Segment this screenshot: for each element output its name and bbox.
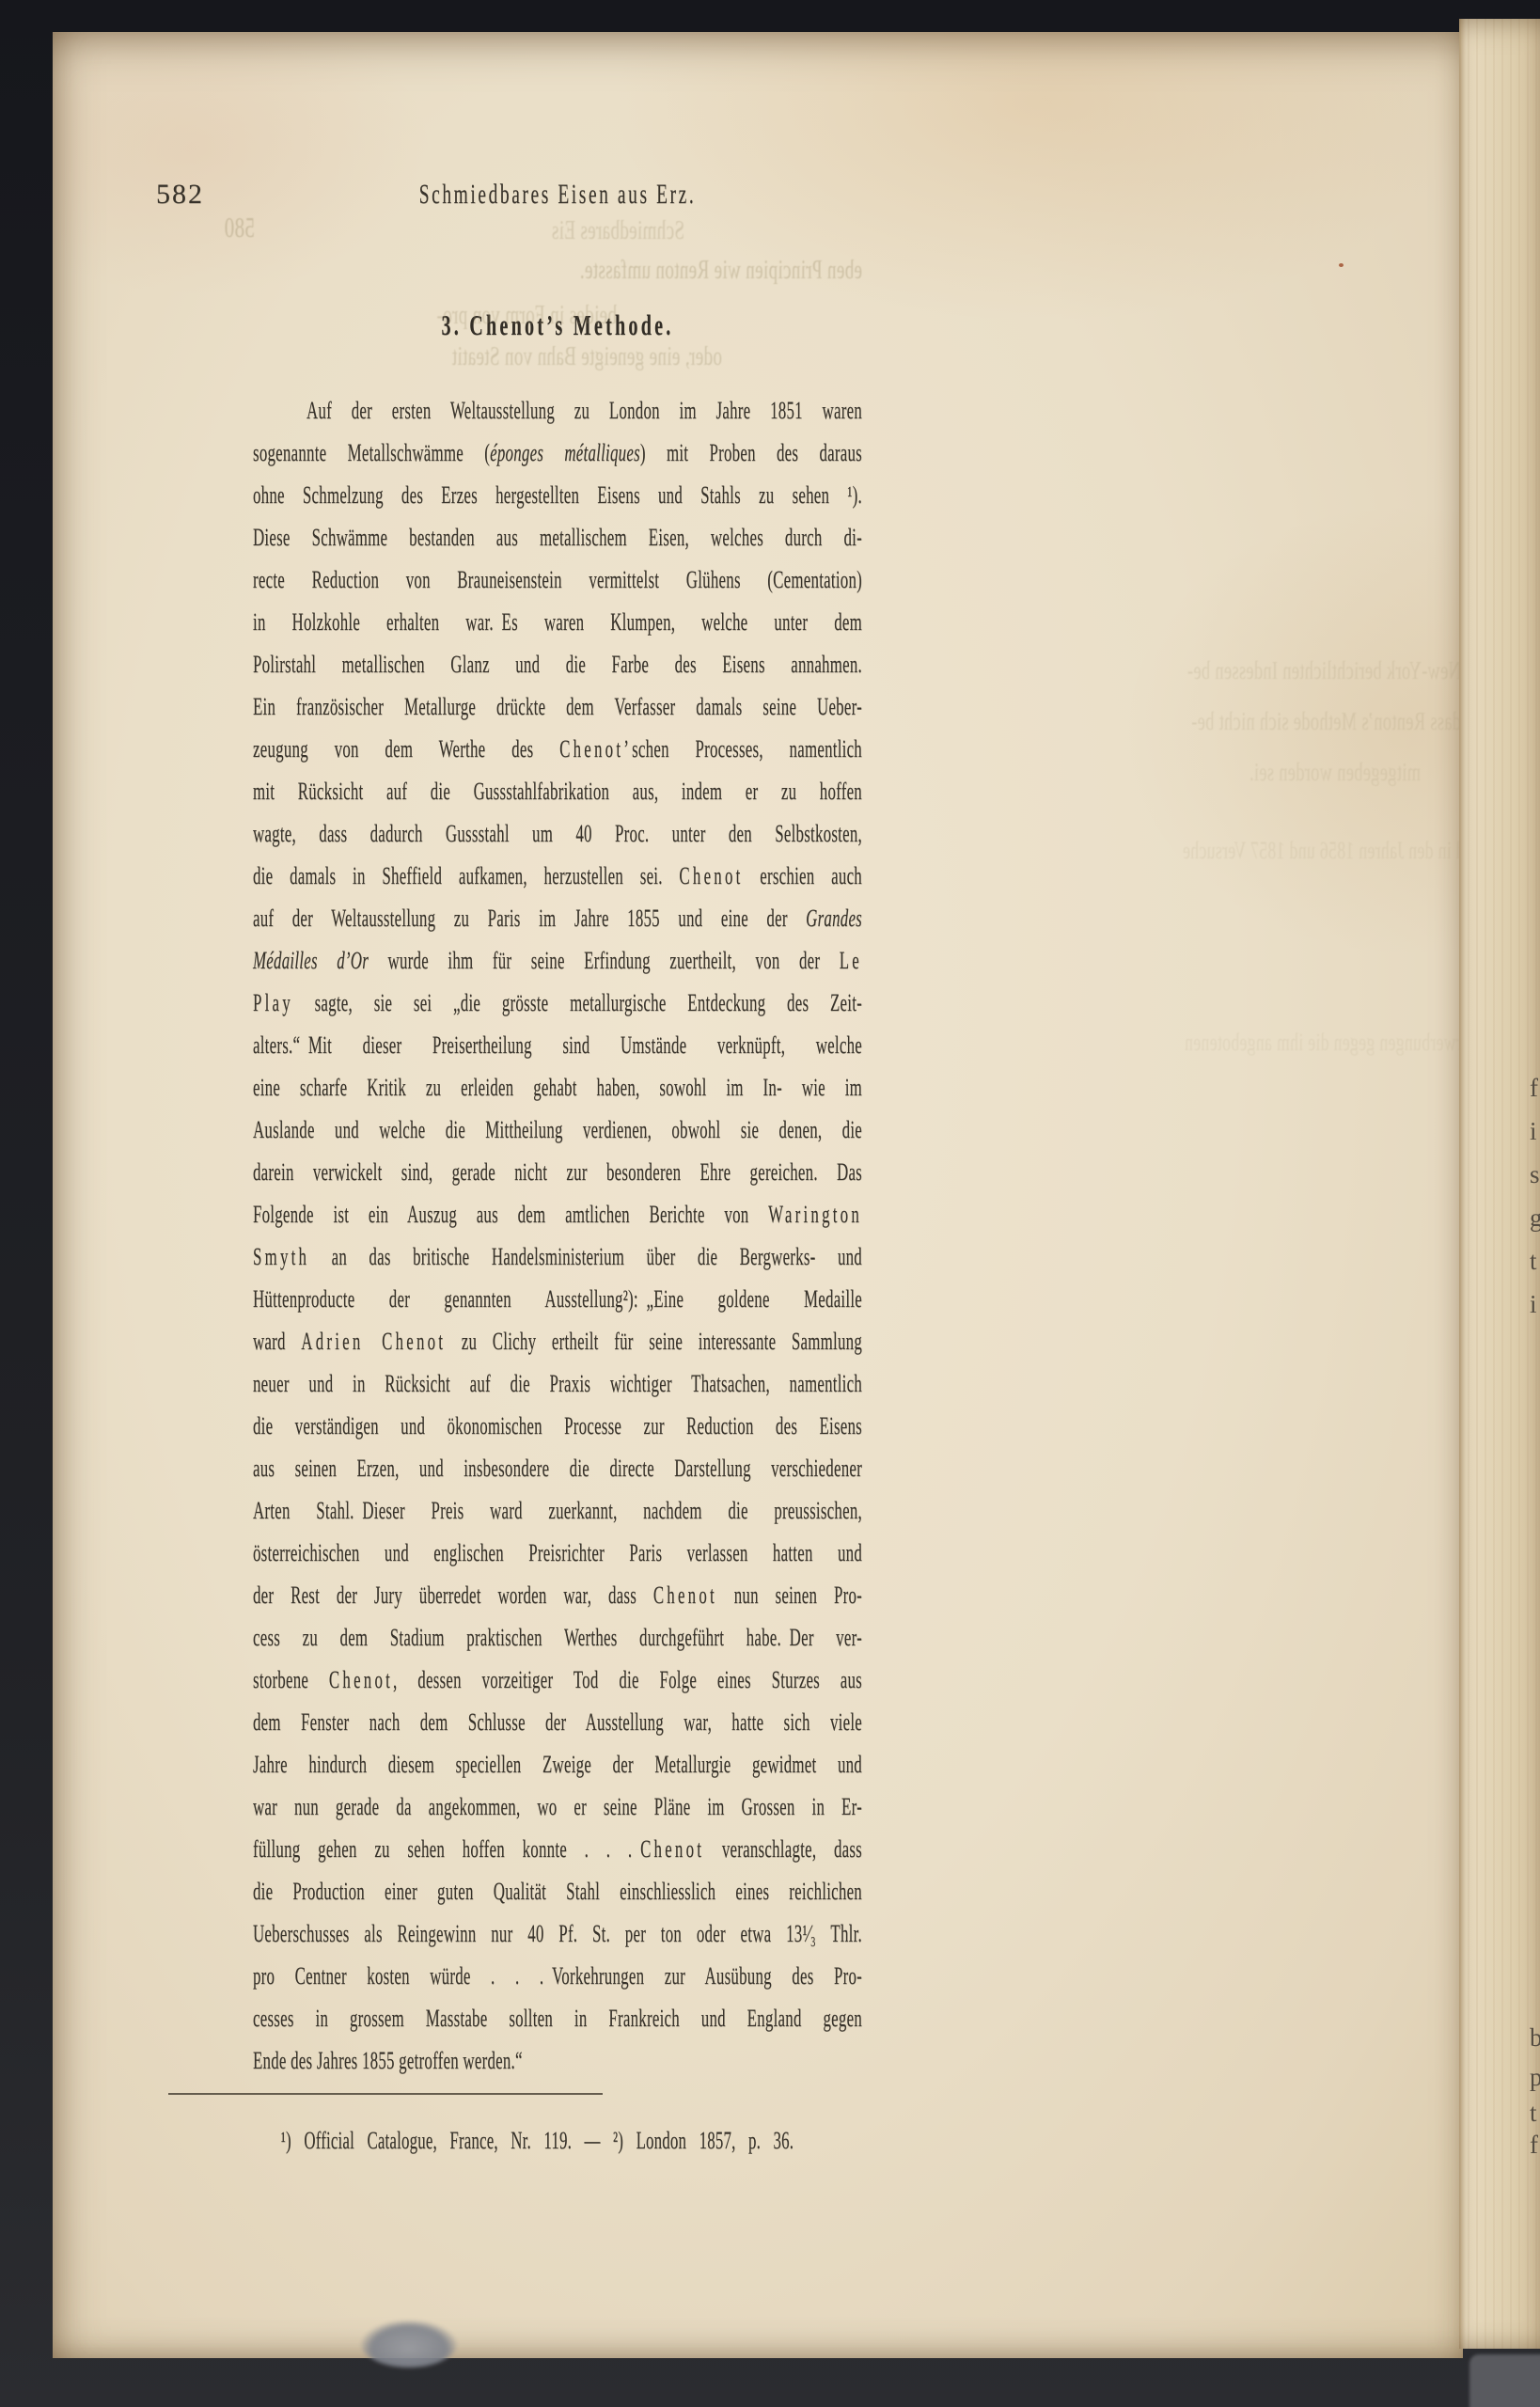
body-line: Polirstahl metallischen Glanz und die Fa… bbox=[253, 643, 862, 685]
body-line: alters.“ Mit dieser Preisertheilung sind… bbox=[253, 1024, 862, 1066]
ghost-bleedthrough-text: Schmiedbares Eis bbox=[552, 216, 684, 246]
footnote-rule bbox=[168, 2093, 603, 2095]
body-line: mit Rücksicht auf die Gussstahlfabrikati… bbox=[253, 770, 862, 812]
facing-page-letter-fragment: t bbox=[1530, 1247, 1540, 1276]
ghost-bleedthrough-text: und in den Jahren 1856 und 1857 Versuche bbox=[1183, 837, 1482, 865]
body-line: der Rest der Jury überredet worden war, … bbox=[253, 1574, 862, 1616]
body-line: aus seinen Erzen, und insbesondere die d… bbox=[253, 1447, 862, 1489]
body-line: die Production einer guten Qualität Stah… bbox=[253, 1870, 862, 1912]
body-line: Ueberschusses als Reingewinn nur 40 Pf. … bbox=[253, 1912, 862, 1955]
body-line: neuer und in Rücksicht auf die Praxis wi… bbox=[253, 1362, 862, 1405]
body-line: in Holzkohle erhalten war. Es waren Klum… bbox=[253, 601, 862, 643]
facing-page-letter-fragment: b bbox=[1530, 2023, 1540, 2053]
paper-speck bbox=[1339, 263, 1344, 267]
body-line: Diese Schwämme bestanden aus metallische… bbox=[253, 516, 862, 558]
body-line: Folgende ist ein Auszug aus dem amtliche… bbox=[253, 1193, 862, 1235]
bottom-right-corner-shade bbox=[1469, 2354, 1540, 2407]
body-line: Arten Stahl. Dieser Preis ward zuerkannt… bbox=[253, 1489, 862, 1532]
body-line: eine scharfe Kritik zu erleiden gehabt h… bbox=[253, 1066, 862, 1109]
facing-page-letter-fragment: f bbox=[1530, 1074, 1540, 1103]
ghost-bleedthrough-text: oder, eine geneigte Bahn von Steatit bbox=[452, 342, 722, 372]
body-line: Ende des Jahres 1855 getroffen werden.“ bbox=[253, 2039, 862, 2082]
body-line: füllung gehen zu sehen hoffen konnte . .… bbox=[253, 1828, 862, 1870]
facing-page-letter-fragment: s bbox=[1530, 1160, 1540, 1189]
fore-edge-page-stack bbox=[1459, 19, 1540, 2349]
body-line: auf der Weltausstellung zu Paris im Jahr… bbox=[253, 897, 862, 939]
body-line: Jahre hindurch diesem speciellen Zweige … bbox=[253, 1743, 862, 1786]
page-number: 582 bbox=[156, 179, 204, 211]
body-line: die damals in Sheffield aufkamen, herzus… bbox=[253, 855, 862, 897]
body-line: pro Centner kosten würde . . . Vorkehrun… bbox=[253, 1955, 862, 1997]
body-line: Auf der ersten Weltausstellung zu London… bbox=[253, 389, 862, 432]
body-text: Auf der ersten Weltausstellung zu London… bbox=[253, 389, 862, 2082]
ghost-bleedthrough-text: New-York berichtlichten Indessen be- bbox=[1187, 656, 1461, 685]
facing-page-letter-fragment: f bbox=[1530, 2131, 1540, 2160]
body-line: cesses in grossem Masstabe sollten in Fr… bbox=[253, 1997, 862, 2039]
body-line: storbene Chenot, dessen vorzeitiger Tod … bbox=[253, 1659, 862, 1701]
ghost-bleedthrough-text: mitgegeben worden sei. bbox=[1249, 758, 1421, 787]
body-line: Médailles d’Or wurde ihm für seine Erfin… bbox=[253, 939, 862, 982]
body-line: Smyth an das britische Handelsministeriu… bbox=[253, 1235, 862, 1278]
facing-page-letter-fragment: t bbox=[1530, 2099, 1540, 2128]
facing-page-letter-fragment: i bbox=[1530, 1290, 1540, 1319]
running-header: Schmiedbares Eisen aus Erz. bbox=[253, 179, 862, 211]
facing-page-letter-fragment: i bbox=[1530, 1117, 1540, 1146]
body-line: darein verwickelt sind, gerade nicht zur… bbox=[253, 1151, 862, 1193]
body-line: ward Adrien Chenot zu Clichy ertheilt fü… bbox=[253, 1320, 862, 1362]
body-line: die verständigen und ökonomischen Proces… bbox=[253, 1405, 862, 1447]
body-line: recte Reduction von Brauneisenstein verm… bbox=[253, 558, 862, 601]
ghost-bleedthrough-text: Erwerbungen gegen die ihm angebotenen bbox=[1185, 1029, 1472, 1057]
ghost-bleedthrough-text: beides in Form von pro- bbox=[436, 301, 617, 331]
body-line: wagte, dass dadurch Gussstahl um 40 Proc… bbox=[253, 812, 862, 855]
body-line: Auslande und welche die Mittheilung verd… bbox=[253, 1109, 862, 1151]
body-line: zeugung von dem Werthe des Chenot’schen … bbox=[253, 728, 862, 770]
ghost-bleedthrough-text: dass Renton’s Methode sich nicht be- bbox=[1191, 707, 1461, 736]
ghost-bleedthrough-text: eben Principien wie Renton umfasste. bbox=[580, 256, 862, 286]
body-line: dem Fenster nach dem Schlusse der Ausste… bbox=[253, 1701, 862, 1743]
facing-page-letter-fragment: g bbox=[1530, 1203, 1540, 1233]
body-line: österreichischen und englischen Preisric… bbox=[253, 1532, 862, 1574]
photo: 582 Schmiedbares Eisen aus Erz. 3. Cheno… bbox=[0, 0, 1540, 2407]
body-line: war nun gerade da angekommen, wo er sein… bbox=[253, 1786, 862, 1828]
body-line: Play sagte, sie sei „die grösste metallu… bbox=[253, 982, 862, 1024]
body-line: ohne Schmelzung des Erzes hergestellten … bbox=[253, 474, 862, 516]
footnote-text: ¹) Official Catalogue, France, Nr. 119. … bbox=[253, 2127, 890, 2155]
body-line: Hüttenproducte der genannten Ausstellung… bbox=[253, 1278, 862, 1320]
body-line: cess zu dem Stadium praktischen Werthes … bbox=[253, 1616, 862, 1659]
body-line: sogenannte Metallschwämme (éponges métal… bbox=[253, 432, 862, 474]
book-page: 582 Schmiedbares Eisen aus Erz. 3. Cheno… bbox=[53, 32, 1463, 2358]
ghost-bleedthrough-text: 580 bbox=[224, 211, 255, 244]
facing-page-letter-fragment: p bbox=[1530, 2063, 1540, 2092]
thumb-smudge bbox=[361, 2320, 457, 2368]
body-line: Ein französischer Metallurge drückte dem… bbox=[253, 685, 862, 728]
